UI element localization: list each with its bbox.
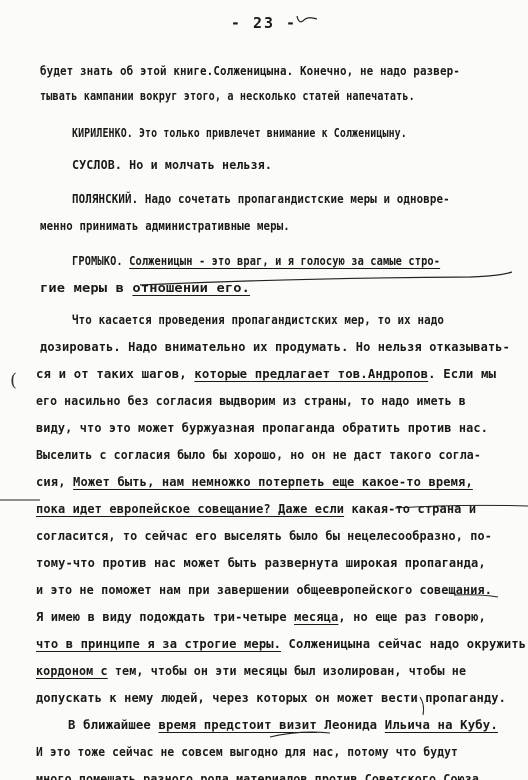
underlined-text: время предстоит визит bbox=[159, 717, 317, 732]
text-segment: , но еще раз говорю, bbox=[338, 609, 485, 624]
text-line: тому-что против нас может быть развернут… bbox=[36, 555, 486, 570]
text-line: дозировать. Надо внимательно их продумат… bbox=[40, 339, 510, 354]
text-segment: виду, что это может буржуазная пропаганд… bbox=[36, 420, 488, 435]
text-line: ся и от таких шагов, которые предлагает … bbox=[36, 366, 496, 381]
text-segment: много помещать разного рода материалов п… bbox=[36, 771, 486, 780]
text-line: его насильно без согласия выдворим из ст… bbox=[36, 393, 466, 408]
text-segment: какая-то страна и bbox=[344, 501, 476, 516]
text-line: И это тоже сейчас не совсем выгодно для … bbox=[36, 744, 458, 759]
text-line: В ближайшее время предстоит визит Леонид… bbox=[68, 717, 498, 732]
text-line: Я имею в виду подождать три-четыре месяц… bbox=[36, 609, 486, 624]
underlined-text: отношении его. bbox=[132, 280, 250, 295]
text-segment: тем, чтобы он эти месяцы был изолирован,… bbox=[108, 663, 466, 678]
text-segment: менно принимать административные меры. bbox=[40, 218, 290, 233]
text-segment: ПОЛЯНСКИЙ. Надо сочетать пропагандистски… bbox=[72, 191, 450, 206]
text-line: допускать к нему людей, через которых он… bbox=[36, 690, 506, 705]
handwritten-margin-bracket: ( bbox=[10, 370, 17, 391]
text-segment: И это тоже сейчас не совсем выгодно для … bbox=[36, 744, 458, 759]
text-line: КИРИЛЕНКО. Это только привлечет внимание… bbox=[72, 125, 407, 140]
text-segment: тому-что против нас может быть развернут… bbox=[36, 555, 486, 570]
text-line: согласится, то сейчас его выселять было … bbox=[36, 528, 492, 543]
underlined-text: месяца bbox=[294, 609, 338, 624]
text-segment: ГРОМЫКО. bbox=[72, 253, 129, 268]
underlined-text: что в принципе я за строгие меры. bbox=[36, 636, 281, 651]
underlined-text: которые предлагает тов.Андропов bbox=[194, 366, 428, 381]
text-segment: ся и от таких шагов, bbox=[36, 366, 194, 381]
underlined-text: пока идет европейское совещание? Даже ес… bbox=[36, 501, 344, 516]
underlined-text: кордоном с bbox=[36, 663, 108, 678]
text-segment: Леонида bbox=[317, 717, 385, 732]
text-line: СУСЛОВ. Но и молчать нельзя. bbox=[72, 157, 272, 172]
text-line: много помещать разного рода материалов п… bbox=[36, 771, 486, 780]
text-line: Что касается проведения пропагандистских… bbox=[72, 312, 444, 327]
underlined-text: Ильича на Кубу. bbox=[385, 717, 498, 732]
text-segment: Я имею в виду подождать три-четыре bbox=[36, 609, 294, 624]
text-segment: будет знать об этой книге.Солженицына. К… bbox=[40, 63, 460, 78]
text-line: гие меры в отношении его. bbox=[40, 280, 250, 295]
text-segment: его насильно без согласия выдворим из ст… bbox=[36, 393, 466, 408]
text-line: кордоном с тем, чтобы он эти месяцы был … bbox=[36, 663, 466, 678]
underlined-text: Может быть, нам немножко потерпеть еще к… bbox=[73, 474, 473, 489]
text-line: что в принципе я за строгие меры. Солжен… bbox=[36, 636, 526, 651]
page-number: - 23 - bbox=[0, 14, 528, 32]
text-segment: тывать кампании вокруг этого, а нескольк… bbox=[40, 88, 415, 103]
text-segment: СУСЛОВ. Но и молчать нельзя. bbox=[72, 157, 272, 172]
text-line: менно принимать административные меры. bbox=[40, 218, 290, 233]
text-segment: КИРИЛЕНКО. Это только привлечет внимание… bbox=[72, 125, 407, 140]
text-segment: дозировать. Надо внимательно их продумат… bbox=[40, 339, 510, 354]
text-segment: Солженицына сейчас надо окружить bbox=[281, 636, 526, 651]
text-line: Выселить с согласия было бы хорошо, но о… bbox=[36, 447, 481, 462]
text-segment: гие меры в bbox=[40, 280, 132, 295]
text-segment: и это не поможет нам при завершении обще… bbox=[36, 582, 492, 597]
text-line: тывать кампании вокруг этого, а нескольк… bbox=[40, 88, 415, 103]
text-segment: допускать к нему людей, через которых он… bbox=[36, 690, 506, 705]
text-line: ПОЛЯНСКИЙ. Надо сочетать пропагандистски… bbox=[72, 191, 450, 206]
text-segment: Выселить с согласия было бы хорошо, но о… bbox=[36, 447, 481, 462]
text-line: ГРОМЫКО. Солженицын - это враг, и я голо… bbox=[72, 253, 440, 268]
text-segment: согласится, то сейчас его выселять было … bbox=[36, 528, 492, 543]
handwritten-check-mark-icon bbox=[296, 14, 318, 26]
text-segment: сия, bbox=[36, 474, 73, 489]
text-line: пока идет европейское совещание? Даже ес… bbox=[36, 501, 476, 516]
text-line: сия, Может быть, нам немножко потерпеть … bbox=[36, 474, 473, 489]
underlined-text: Солженицын - это враг, и я голосую за са… bbox=[129, 253, 440, 268]
text-line: и это не поможет нам при завершении обще… bbox=[36, 582, 492, 597]
text-segment: В ближайшее bbox=[68, 717, 159, 732]
text-segment: . Если мы bbox=[428, 366, 496, 381]
document-page: - 23 - ( будет знать об этой книге.Солже… bbox=[0, 0, 528, 780]
text-line: будет знать об этой книге.Солженицына. К… bbox=[40, 63, 460, 78]
text-line: виду, что это может буржуазная пропаганд… bbox=[36, 420, 488, 435]
text-segment: Что касается проведения пропагандистских… bbox=[72, 312, 444, 327]
